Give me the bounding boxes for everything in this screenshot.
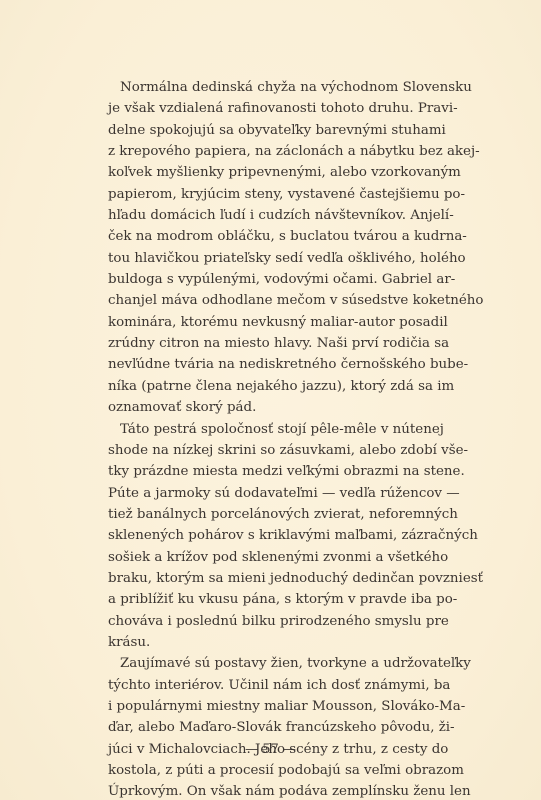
text-line: sklenených pohárov s kriklavými maľbami,… [108, 525, 437, 546]
text-line: koľvek myšlienky pripevnenými, alebo vzo… [108, 162, 437, 183]
text-line: buldoga s vypúlenými, vodovými očami. Ga… [108, 269, 437, 290]
text-line: braku, ktorým sa mieni jednoduchý dedinč… [108, 568, 437, 589]
text-line: Táto pestrá spoločnosť stojí pêle-mêle v… [108, 419, 437, 440]
text-line: ček na modrom obláčku, s buclatou tvárou… [108, 226, 437, 247]
text-line: zrúdny citron na miesto hlavy. Naši prví… [108, 333, 437, 354]
text-line: sošiek a krížov pod sklenenými zvonmi a … [108, 547, 437, 568]
text-line: Úprkovým. On však nám podáva zemplínsku … [108, 781, 437, 800]
text-line: shode na nízkej skrini so zásuvkami, ale… [108, 440, 437, 461]
text-line: chováva i poslednú bilku prirodzeného sm… [108, 611, 437, 632]
text-line: hľadu domácich ľudí i cudzích návštevník… [108, 205, 437, 226]
text-line: níka (patrne člena nejakého jazzu), ktor… [108, 376, 437, 397]
page-number: — 57 — [0, 742, 541, 757]
text-line: Púte a jarmoky sú dodavateľmi — vedľa rú… [108, 483, 437, 504]
text-line: krásu. [108, 632, 437, 653]
text-line: je však vzdialená rafinovanosti tohoto d… [108, 98, 437, 119]
text-line: Normálna dedinská chyža na východnom Slo… [108, 77, 437, 98]
book-page: Normálna dedinská chyža na východnom Slo… [0, 0, 541, 800]
text-line: delne spokojujú sa obyvateľky barevnými … [108, 120, 437, 141]
text-line: Zaujímavé sú postavy žien, tvorkyne a ud… [108, 653, 437, 674]
text-line: tiež banálnych porcelánových zvierat, ne… [108, 504, 437, 525]
text-line: z krepového papiera, na záclonách a náby… [108, 141, 437, 162]
text-line: týchto interiérov. Učinil nám ich dosť z… [108, 675, 437, 696]
text-line: i populárnymi miestny maliar Mousson, Sl… [108, 696, 437, 717]
text-line: papierom, kryjúcim steny, vystavené čast… [108, 184, 437, 205]
text-line: nevľúdne tvária na nediskretného černošs… [108, 354, 437, 375]
text-line: tky prázdne miesta medzi veľkými obrazmi… [108, 461, 437, 482]
text-line: chanjel máva odhodlane mečom v súsedstve… [108, 290, 437, 311]
text-line: kostola, z púti a procesií podobajú sa v… [108, 760, 437, 781]
text-line: kominára, ktorému nevkusný maliar-autor … [108, 312, 437, 333]
text-line: oznamovať skorý pád. [108, 397, 437, 418]
body-text: Normálna dedinská chyža na východnom Slo… [108, 77, 437, 800]
text-line: tou hlavičkou priateľsky sedí vedľa oškl… [108, 248, 437, 269]
text-line: ďar, alebo Maďaro-Slovák francúzskeho pô… [108, 717, 437, 738]
text-line: a priblížiť ku vkusu pána, s ktorým v pr… [108, 589, 437, 610]
